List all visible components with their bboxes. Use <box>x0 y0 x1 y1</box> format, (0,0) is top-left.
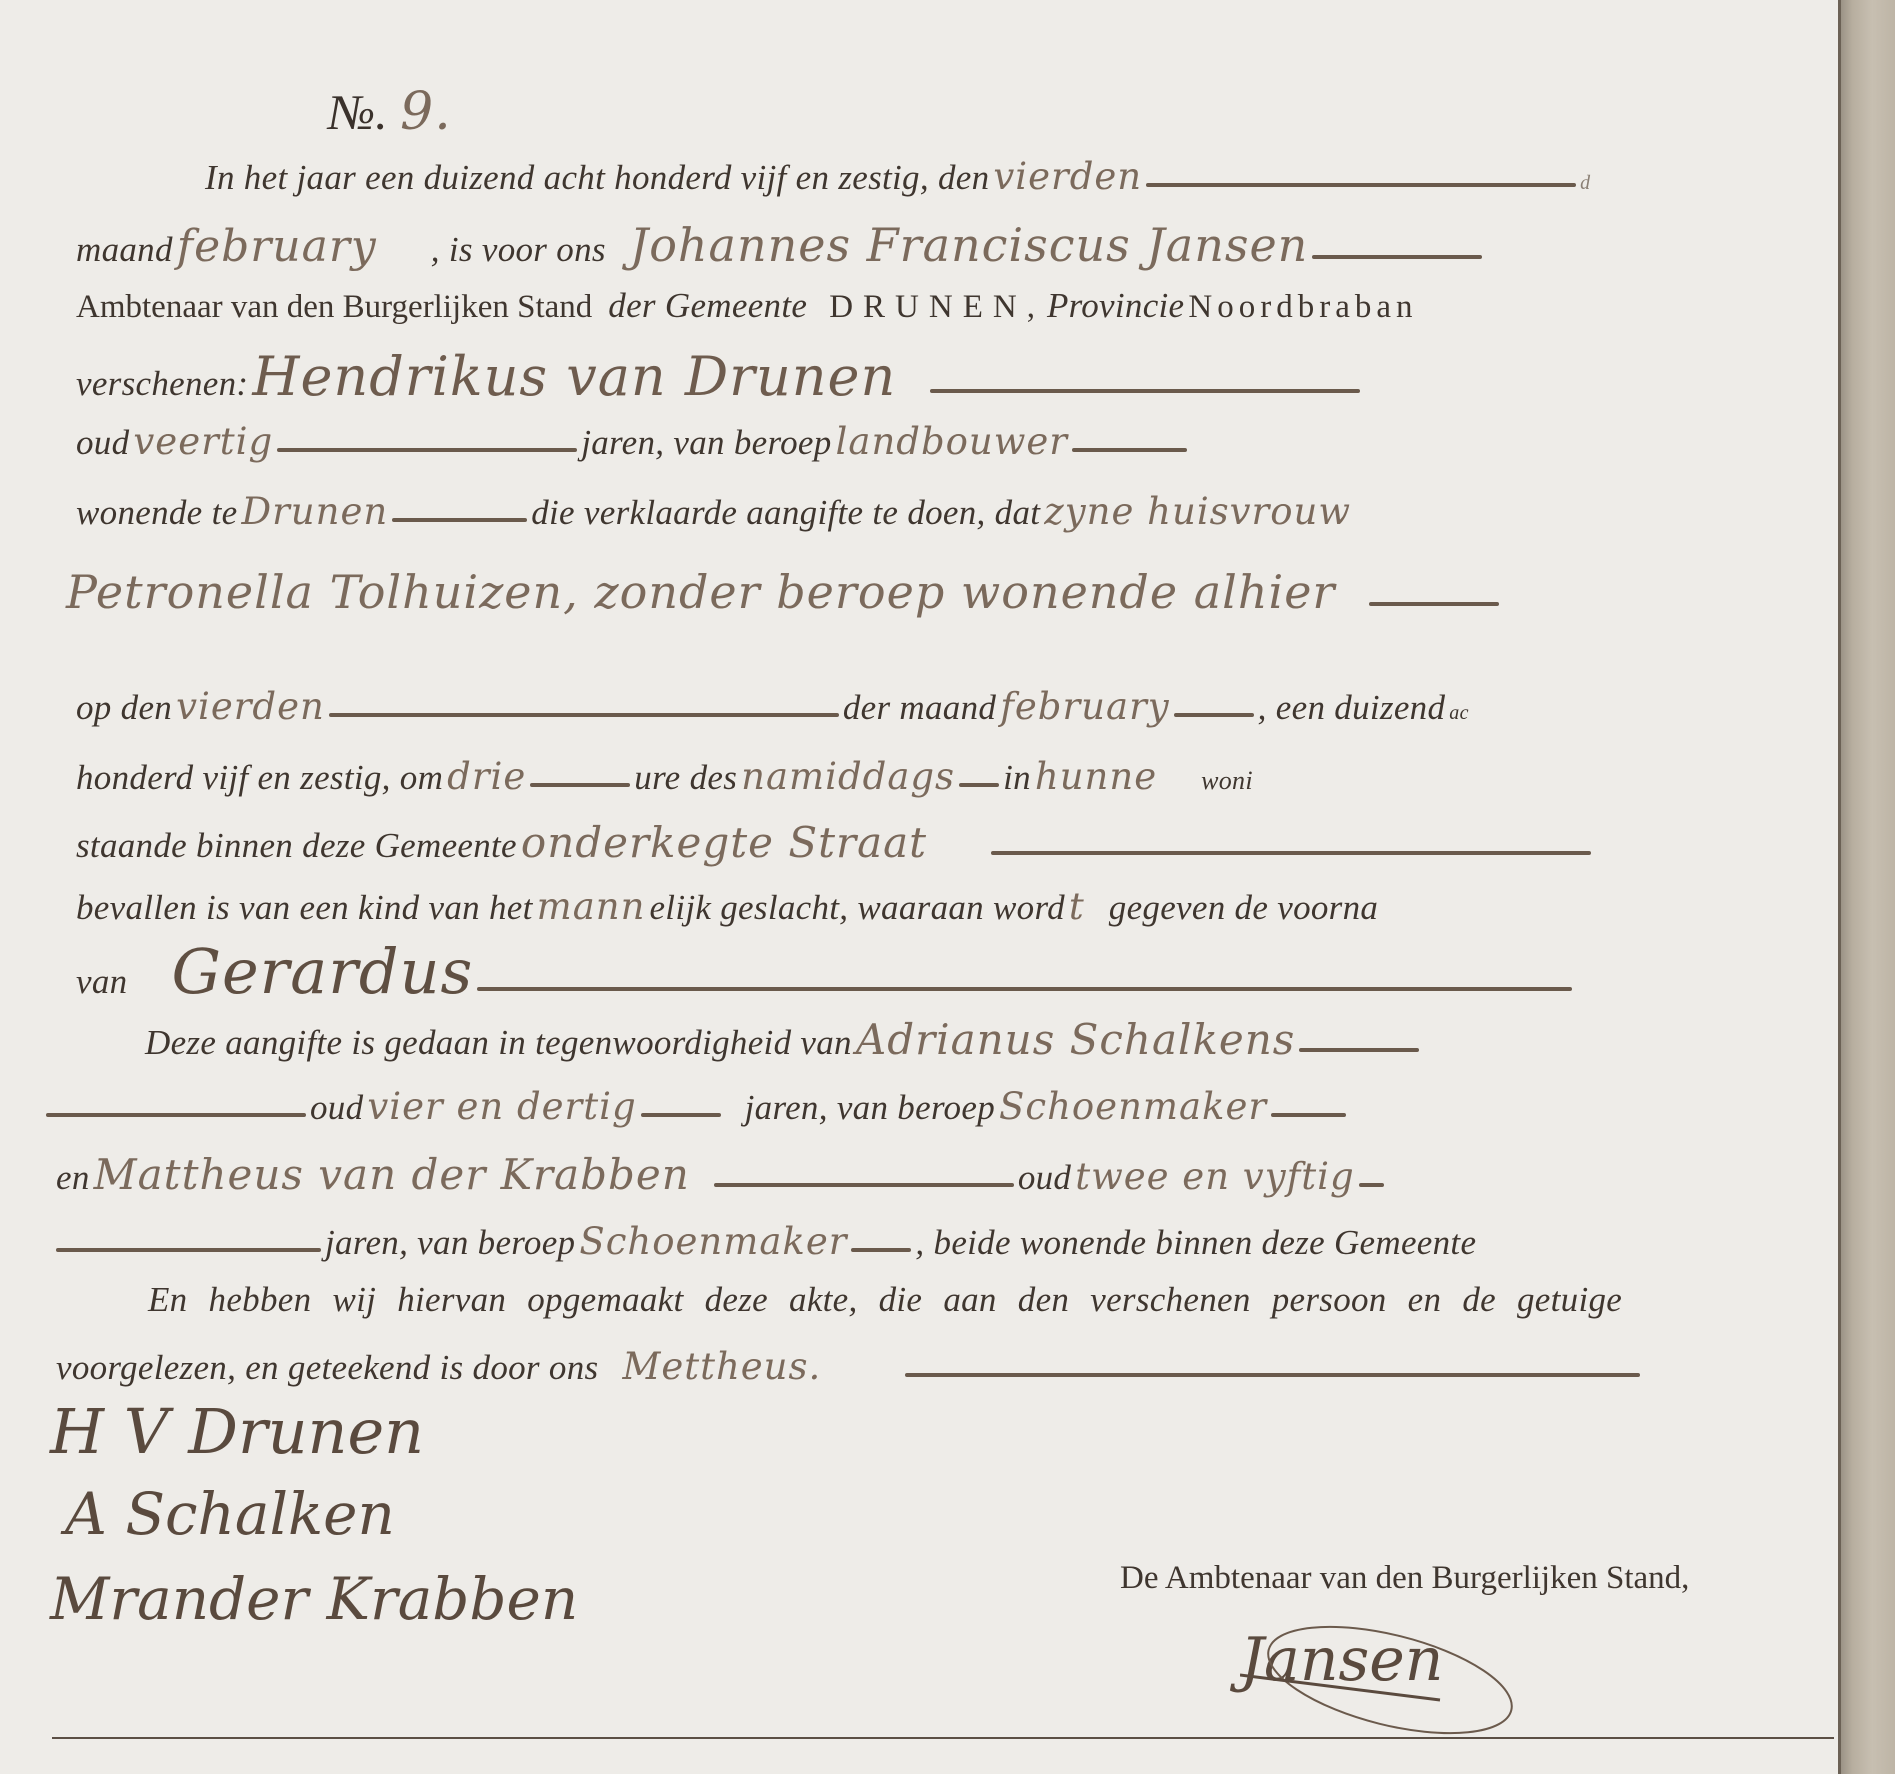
printed-text: die verklaarde aangifte te doen, dat <box>531 493 1040 532</box>
printed-text: jaren, van beroep <box>745 1088 995 1127</box>
printed-text: oud <box>1018 1158 1071 1197</box>
civil-record-page: №. 9. In het jaar een duizend acht honde… <box>0 0 1838 1774</box>
printed-text: Deze aangifte is gedaan in tegenwoordigh… <box>145 1023 852 1062</box>
printed-text: op den <box>76 688 172 727</box>
fill-rule <box>1146 183 1576 187</box>
fill-rule <box>1359 1183 1384 1187</box>
handwritten-witness1-age: vier en dertig <box>367 1085 636 1128</box>
printed-text: maand <box>76 230 173 269</box>
printed-text: jaren, van beroep <box>581 423 831 462</box>
edge-text: d <box>1580 172 1590 194</box>
handwritten-relation: zyne huisvrouw <box>1044 490 1351 533</box>
printed-text: oud <box>76 423 129 462</box>
handwritten-time-of-day: namiddags <box>741 755 955 798</box>
municipality-name: DRUNEN <box>829 289 1027 325</box>
fill-rule <box>329 713 839 717</box>
handwritten-gender: mann <box>537 885 646 928</box>
handwritten-birth-day: vierden <box>176 685 325 728</box>
line-15: en Mattheus van der Krabben oud twee en … <box>56 1150 1384 1199</box>
line-11: bevallen is van een kind van het mann el… <box>76 885 1378 928</box>
fill-rule <box>392 518 527 522</box>
fill-rule <box>714 1183 1014 1187</box>
printed-text: , is voor ons <box>431 230 606 269</box>
fill-rule <box>530 783 630 787</box>
handwritten-suffix: t <box>1069 885 1085 928</box>
handwritten-child-name: Gerardus <box>171 935 473 1008</box>
printed-text: elijk geslacht, waaraan word <box>649 888 1064 927</box>
fill-rule <box>1299 1048 1419 1052</box>
fill-rule <box>1312 255 1482 259</box>
handwritten-street: onderkegte Straat <box>521 818 927 867</box>
fill-rule <box>46 1113 306 1117</box>
handwritten-witness2-occupation: Schoenmaker <box>579 1220 847 1263</box>
fill-rule <box>930 389 1360 393</box>
handwritten-birth-month: february <box>1000 685 1169 728</box>
printed-text: en <box>56 1158 90 1197</box>
line-18: voorgelezen, en geteekend is door ons Me… <box>56 1345 1640 1388</box>
handwritten-witness1-occupation: Schoenmaker <box>999 1085 1267 1128</box>
handwritten-their: hunne <box>1035 755 1157 798</box>
fill-rule <box>991 851 1591 855</box>
fill-rule <box>641 1113 721 1117</box>
fill-rule <box>477 987 1572 991</box>
line-5: oud veertig jaren, van beroep landbouwer <box>76 420 1187 463</box>
province-name: Noordbraban <box>1188 289 1417 325</box>
printed-text: verschenen: <box>76 364 248 403</box>
fill-rule <box>1174 713 1254 717</box>
line-1: In het jaar een duizend acht honderd vij… <box>205 155 1590 198</box>
line-4: verschenen: Hendrikus van Drunen <box>76 345 1360 408</box>
fill-rule <box>851 1248 911 1252</box>
printed-text: bevallen is van een kind van het <box>76 888 533 927</box>
handwritten-witness2-age: twee en vyftig <box>1075 1155 1354 1198</box>
printed-text: ure des <box>634 758 737 797</box>
handwritten-witness1: Adrianus Schalkens <box>856 1015 1296 1064</box>
line-14: oud vier en dertig jaren, van beroep Sch… <box>46 1085 1346 1128</box>
printed-text: honderd vijf en zestig, om <box>76 758 443 797</box>
fill-rule <box>959 783 999 787</box>
fill-rule <box>905 1373 1640 1377</box>
signature-father: H V Drunen <box>50 1395 424 1468</box>
printed-text: der Gemeente <box>608 286 807 325</box>
handwritten-age: veertig <box>133 420 273 463</box>
printed-text: Provincie <box>1047 286 1184 325</box>
printed-text: van <box>76 962 127 1001</box>
edge-text: ac <box>1449 702 1468 724</box>
signature-flourish-icon <box>1240 1605 1520 1735</box>
line-16: jaren, van beroep Schoenmaker , beide wo… <box>56 1220 1476 1263</box>
fill-rule <box>1072 448 1187 452</box>
handwritten-official-name: Johannes Franciscus Jansen <box>630 218 1309 272</box>
number-label: №. <box>328 84 388 140</box>
handwritten-residence: Drunen <box>241 490 388 533</box>
handwritten-mother: Petronella Tolhuizen, zonder beroep wone… <box>66 565 1335 619</box>
printed-text: gegeven de voorna <box>1109 888 1378 927</box>
printed-text: In het jaar een duizend acht honderd vij… <box>205 158 989 197</box>
fill-rule <box>56 1248 321 1252</box>
printed-text: staande binnen deze Gemeente <box>76 826 517 865</box>
line-13: Deze aangifte is gedaan in tegenwoordigh… <box>145 1015 1419 1064</box>
footer-divider <box>52 1737 1834 1739</box>
handwritten-witness2: Mattheus van der Krabben <box>94 1150 690 1199</box>
printed-text: jaren, van beroep <box>325 1223 575 1262</box>
handwritten-month: february <box>177 221 377 272</box>
printed-text: oud <box>310 1088 363 1127</box>
number-value: 9. <box>400 82 452 142</box>
line-3: Ambtenaar van den Burgerlijken Stand der… <box>76 286 1418 326</box>
fill-rule <box>277 448 577 452</box>
official-title: De Ambtenaar van den Burgerlijken Stand, <box>1120 1560 1689 1597</box>
handwritten-occupation: landbouwer <box>836 420 1068 463</box>
handwritten-day: vierden <box>993 155 1142 198</box>
handwritten-read-by: Mettheus. <box>622 1345 821 1388</box>
printed-text: in <box>1003 758 1031 797</box>
printed-text: voorgelezen, en geteekend is door ons <box>56 1348 598 1387</box>
signature-witness1: A Schalken <box>65 1480 395 1548</box>
line-7: Petronella Tolhuizen, zonder beroep wone… <box>66 565 1499 619</box>
fill-rule <box>1369 602 1499 606</box>
printed-text: En hebben wij hiervan opgemaakt deze akt… <box>148 1280 1622 1319</box>
line-6: wonende te Drunen die verklaarde aangift… <box>76 490 1351 533</box>
record-number: №. 9. <box>328 82 452 142</box>
handwritten-hour: drie <box>447 755 526 798</box>
line-8: op den vierden der maand february , een … <box>76 685 1469 728</box>
line-2: maand february , is voor ons Johannes Fr… <box>76 218 1482 272</box>
printed-text: , beide wonende binnen deze Gemeente <box>915 1223 1476 1262</box>
printed-text: Ambtenaar van den Burgerlijken Stand <box>76 289 592 325</box>
book-spine <box>1838 0 1895 1774</box>
line-9: honderd vijf en zestig, om drie ure des … <box>76 755 1253 798</box>
printed-text: , een duizend <box>1258 688 1446 727</box>
edge-text: woni <box>1201 766 1253 795</box>
line-10: staande binnen deze Gemeente onderkegte … <box>76 818 1591 867</box>
printed-text: der maand <box>843 688 996 727</box>
printed-text: wonende te <box>76 493 237 532</box>
handwritten-father-name: Hendrikus van Drunen <box>252 345 896 408</box>
line-12: van Gerardus <box>76 935 1572 1008</box>
signature-witness2: Mrander Krabben <box>50 1565 578 1633</box>
fill-rule <box>1271 1113 1346 1117</box>
line-17: En hebben wij hiervan opgemaakt deze akt… <box>148 1280 1622 1320</box>
